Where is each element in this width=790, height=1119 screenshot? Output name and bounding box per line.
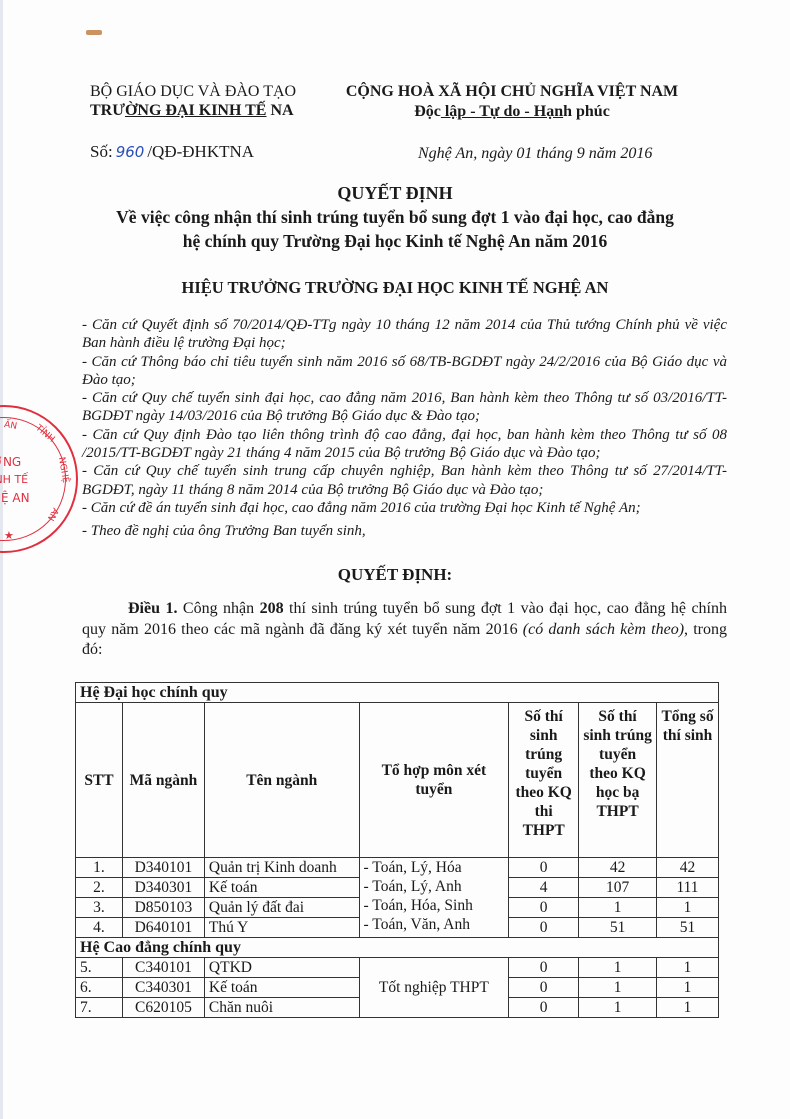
document-title: QUYẾT ĐỊNH	[60, 182, 730, 204]
school-name: TRƯỜNG ĐẠI KINH TẾ NA	[90, 101, 330, 120]
issuer-block: BỘ GIÁO DỤC VÀ ĐÀO TẠO TRƯỜNG ĐẠI KINH T…	[90, 82, 330, 120]
scan-speck	[86, 30, 102, 35]
document-number: Số:960/QĐ-ĐHKTNA	[90, 142, 254, 162]
basis-item: - Căn cứ Quy chế tuyển sinh đại học, cao…	[82, 389, 727, 426]
col-total: Tổng số thí sinh	[657, 703, 719, 858]
national-header: CỘNG HOÀ XÃ HỘI CHỦ NGHĨA VIỆT NAM Độc l…	[342, 82, 682, 122]
basis-item: - Căn cứ Quyết định số 70/2014/QĐ-TTg ng…	[82, 316, 727, 353]
national-motto: Độc lập - Tự do - Hạnh phúc	[342, 102, 682, 122]
section-university: Hệ Đại học chính quy	[76, 683, 719, 703]
article-1: Điều 1. Công nhận 208 thí sinh trúng tuy…	[82, 599, 727, 661]
official-seal: ẤN TỈNH NGHỆ AN ỜNG KINH TẾ HỆ AN ★	[0, 405, 78, 553]
star-icon: ★	[4, 529, 14, 542]
basis-item: - Căn cứ Quy định Đào tạo liên thông trì…	[82, 426, 727, 463]
decision-heading: QUYẾT ĐỊNH:	[60, 565, 730, 585]
col-name: Tên ngành	[204, 703, 359, 858]
scan-edge	[0, 0, 3, 1119]
col-by-exam: Số thí sinh trúng tuyển theo KQ thi THPT	[509, 703, 579, 858]
legal-bases: - Căn cứ Quyết định số 70/2014/QĐ-TTg ng…	[82, 316, 727, 541]
basis-item: - Căn cứ Quy chế tuyển sinh trung cấp ch…	[82, 462, 727, 499]
basis-item: - Căn cứ đề án tuyển sinh đại học, cao đ…	[82, 499, 727, 517]
col-code: Mã ngành	[122, 703, 204, 858]
issue-date: Nghệ An, ngày 01 tháng 9 năm 2016	[418, 145, 652, 163]
ministry-name: BỘ GIÁO DỤC VÀ ĐÀO TẠO	[90, 82, 330, 101]
col-stt: STT	[76, 703, 123, 858]
basis-item: - Theo đề nghị của ông Trưởng Ban tuyển …	[82, 522, 727, 540]
issuing-authority: HIỆU TRƯỞNG TRƯỜNG ĐẠI HỌC KINH TẾ NGHỆ …	[60, 278, 730, 298]
admission-table: Hệ Đại học chính quy STT Mã ngành Tên ng…	[75, 682, 719, 1018]
table-row: 5. C340101 QTKD Tốt nghiệp THPT 0 1 1	[76, 958, 719, 978]
table-row: 1. D340101 Quản trị Kinh doanh - Toán, L…	[76, 858, 719, 878]
country-name: CỘNG HOÀ XÃ HỘI CHỦ NGHĨA VIỆT NAM	[346, 83, 678, 100]
basis-item: - Căn cứ Thông báo chỉ tiêu tuyển sinh n…	[82, 353, 727, 390]
section-college: Hệ Cao đẳng chính quy	[76, 938, 719, 958]
col-by-transcript: Số thí sinh trúng tuyển theo KQ học bạ T…	[579, 703, 657, 858]
col-subjects: Tổ hợp môn xét tuyển	[359, 703, 509, 858]
table-header: STT Mã ngành Tên ngành Tổ hợp môn xét tu…	[76, 703, 719, 858]
document-subtitle: Về việc công nhận thí sinh trúng tuyển b…	[60, 205, 730, 253]
handwritten-number: 960	[116, 143, 145, 161]
